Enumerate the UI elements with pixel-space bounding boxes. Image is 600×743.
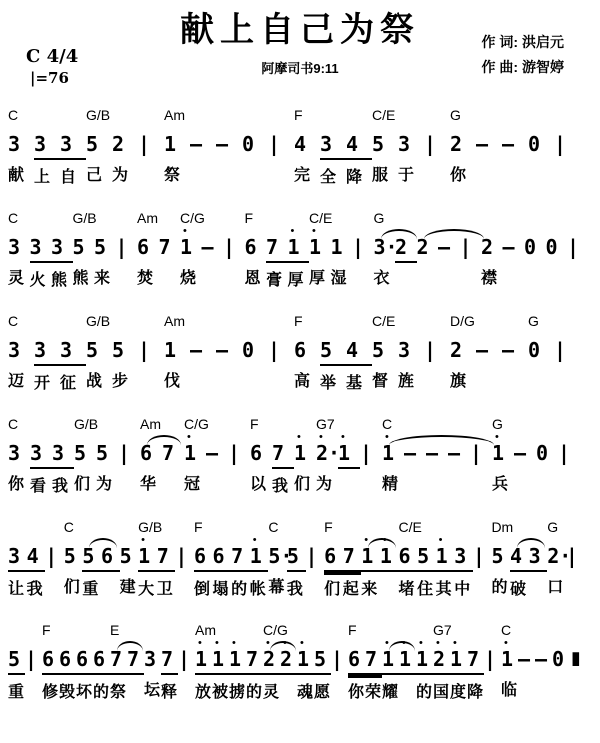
note-text: 2 bbox=[112, 132, 138, 158]
note-token: 4基 bbox=[346, 312, 372, 394]
lyric-text: 熊 bbox=[51, 271, 73, 291]
octave-dot bbox=[96, 434, 118, 441]
composer-label: 作 曲: bbox=[482, 59, 522, 75]
note-text: 2 bbox=[450, 338, 476, 364]
note-text: 1 bbox=[184, 441, 206, 467]
note-token: •1 bbox=[399, 621, 416, 703]
lyric-text bbox=[484, 681, 501, 701]
chord-label bbox=[138, 106, 164, 125]
note-token: 5重 bbox=[82, 518, 101, 600]
note-text: — bbox=[518, 647, 535, 673]
chord-label: F bbox=[194, 518, 213, 537]
barline: | bbox=[268, 338, 294, 364]
chord-label: G/B bbox=[74, 415, 96, 434]
octave-dot bbox=[194, 537, 213, 544]
octave-dot bbox=[450, 331, 476, 338]
chord-label bbox=[331, 621, 348, 640]
chord-label bbox=[502, 106, 528, 125]
note-token: 3 bbox=[529, 518, 548, 600]
chord-label bbox=[190, 106, 216, 125]
note-token: G/B•1大 bbox=[138, 518, 157, 600]
chord-label bbox=[8, 518, 27, 537]
lyric-text: 们 bbox=[324, 580, 343, 600]
chord-label bbox=[45, 518, 64, 537]
barline-token: | bbox=[566, 518, 585, 600]
note-token: 7 bbox=[162, 415, 184, 497]
note-text: 6 bbox=[59, 647, 76, 675]
octave-dot bbox=[164, 331, 190, 338]
note-token: 7降 bbox=[467, 621, 484, 703]
octave-dot bbox=[266, 228, 288, 235]
note-token: 0 bbox=[552, 621, 569, 703]
lyric-text: 们 bbox=[74, 475, 96, 495]
lyric-text: 耀 bbox=[382, 683, 399, 703]
chord-label: C bbox=[268, 518, 287, 537]
note-token: C/E•1厚 bbox=[309, 209, 331, 291]
lyric-text bbox=[25, 681, 42, 701]
barline: | bbox=[268, 132, 294, 158]
chord-label bbox=[476, 312, 502, 331]
octave-dot bbox=[438, 228, 460, 235]
octave-dot: • bbox=[450, 640, 467, 647]
lyricist-label: 作 词: bbox=[482, 34, 522, 50]
note-text: 0 bbox=[536, 441, 558, 467]
chord-label: G bbox=[547, 518, 566, 537]
lyric-text: 起 bbox=[343, 580, 362, 600]
note-text: 5 bbox=[320, 338, 346, 366]
lyric-text: 魂 bbox=[297, 683, 314, 703]
octave-dot bbox=[536, 434, 558, 441]
note-text: 7 bbox=[161, 647, 178, 675]
lyric-text bbox=[138, 372, 164, 392]
note-text: 1 bbox=[180, 235, 202, 261]
chord-label bbox=[467, 621, 484, 640]
note-text: — bbox=[476, 338, 502, 364]
note-token: 0 bbox=[524, 209, 546, 291]
octave-dot bbox=[74, 434, 96, 441]
note-token: 7 bbox=[127, 621, 144, 703]
chord-label bbox=[426, 415, 448, 434]
lyric-text bbox=[552, 681, 569, 701]
note-token: •1掳 bbox=[229, 621, 246, 703]
note-text: 3 bbox=[34, 132, 60, 160]
octave-dot bbox=[320, 331, 346, 338]
octave-dot bbox=[242, 125, 268, 132]
chord-label bbox=[112, 106, 138, 125]
octave-dot bbox=[287, 537, 306, 544]
header: 献上自己为祭 C 4/4 |=76 阿摩司书9:11 作 词: 洪启元 作 曲:… bbox=[0, 0, 600, 102]
chord-label bbox=[481, 209, 503, 228]
barline: | bbox=[567, 235, 589, 261]
lyric-text bbox=[476, 166, 502, 186]
lyric-text bbox=[426, 475, 448, 495]
lyric-text bbox=[569, 681, 586, 701]
lyric-text bbox=[448, 475, 470, 495]
lyric-text: 坏 bbox=[76, 683, 93, 703]
note-text: — bbox=[514, 441, 536, 467]
octave-dot bbox=[502, 125, 528, 132]
lyric-text: 度 bbox=[450, 683, 467, 703]
barline-token: | bbox=[554, 312, 580, 394]
chord-label bbox=[246, 621, 263, 640]
note-token: 5住 bbox=[417, 518, 436, 600]
lyric-text: 焚 bbox=[137, 269, 159, 289]
chord-label: G/B bbox=[86, 106, 112, 125]
octave-dot bbox=[467, 640, 484, 647]
note-text: 2· bbox=[316, 441, 338, 467]
lyric-text: 烧 bbox=[180, 269, 202, 289]
note-token: — bbox=[206, 415, 228, 497]
lyric-text bbox=[518, 681, 535, 701]
lyric-text: 看 bbox=[30, 477, 52, 497]
barline-token: | bbox=[424, 312, 450, 394]
note-text: 5 bbox=[96, 441, 118, 467]
chord-label bbox=[476, 106, 502, 125]
barline: | bbox=[473, 544, 492, 570]
barline-token: | bbox=[175, 518, 194, 600]
barline-token: | bbox=[45, 518, 64, 600]
note-token: E7祭 bbox=[110, 621, 127, 703]
octave-dot bbox=[242, 331, 268, 338]
note-token: Am•1放 bbox=[195, 621, 212, 703]
lyric-text: 高 bbox=[294, 372, 320, 392]
note-text: 5 bbox=[314, 647, 331, 675]
octave-dot bbox=[268, 331, 294, 338]
note-text: — bbox=[503, 235, 525, 261]
note-token: F6们 bbox=[324, 518, 343, 600]
note-token: 0 bbox=[536, 415, 558, 497]
note-text: 3 bbox=[52, 441, 74, 469]
note-token: G/B5熊 bbox=[73, 209, 95, 291]
chord-label bbox=[272, 415, 294, 434]
barline: | bbox=[352, 235, 374, 261]
note-text: 3 bbox=[398, 132, 424, 158]
octave-dot bbox=[360, 434, 382, 441]
octave-dot: • bbox=[316, 434, 338, 441]
octave-dot bbox=[294, 331, 320, 338]
note-token: F4完 bbox=[294, 106, 320, 188]
chord-label bbox=[536, 415, 558, 434]
note-text: 1 bbox=[382, 647, 399, 675]
octave-dot bbox=[518, 640, 535, 647]
octave-dot bbox=[454, 537, 473, 544]
note-token: — bbox=[426, 415, 448, 497]
octave-dot bbox=[42, 640, 59, 647]
note-text: 1 bbox=[250, 544, 269, 572]
note-text: 3 bbox=[8, 235, 30, 261]
lyric-text bbox=[159, 269, 181, 289]
note-token: •1 bbox=[338, 415, 360, 497]
note-text: 5 bbox=[8, 647, 25, 675]
octave-dot: • bbox=[501, 640, 518, 647]
note-text: 6 bbox=[137, 235, 159, 261]
note-token: 3坛 bbox=[144, 621, 161, 703]
octave-dot bbox=[398, 125, 424, 132]
octave-dot bbox=[175, 537, 194, 544]
chord-label bbox=[112, 312, 138, 331]
octave-dot bbox=[404, 434, 426, 441]
note-text: 6 bbox=[194, 544, 213, 572]
note-token: 0 bbox=[242, 106, 268, 188]
lyric-text: 帐 bbox=[250, 580, 269, 600]
chord-label bbox=[216, 312, 242, 331]
note-token: •1来 bbox=[361, 518, 380, 600]
note-token: 7的 bbox=[231, 518, 250, 600]
lyric-text bbox=[202, 269, 224, 289]
octave-dot bbox=[365, 640, 382, 647]
lyric-text: 掳 bbox=[229, 683, 246, 703]
note-token: — bbox=[438, 209, 460, 291]
note-text: 6 bbox=[76, 647, 93, 675]
note-text: — bbox=[190, 132, 216, 158]
note-token: 5为 bbox=[96, 415, 118, 497]
note-text: — bbox=[476, 132, 502, 158]
barline: | bbox=[223, 235, 245, 261]
note-text: 5· bbox=[268, 544, 287, 570]
chord-label bbox=[138, 312, 164, 331]
chord-label bbox=[314, 621, 331, 640]
music-lines: C3献3上3自G/B5己2为|Am1祭——0|F4完3全4降C/E5服3于|G2… bbox=[0, 102, 600, 703]
note-token: G•1兵 bbox=[492, 415, 514, 497]
lyric-text bbox=[331, 681, 348, 701]
lyric-text bbox=[524, 269, 546, 289]
music-line-1: C3献3上3自G/B5己2为|Am1祭——0|F4完3全4降C/E5服3于|G2… bbox=[8, 106, 600, 188]
octave-dot bbox=[450, 125, 476, 132]
note-text: 1 bbox=[164, 338, 190, 364]
lyric-text: 临 bbox=[501, 681, 518, 701]
chord-label bbox=[331, 209, 353, 228]
note-token: — bbox=[476, 106, 502, 188]
note-text: 6 bbox=[42, 647, 59, 675]
note-token: •1的 bbox=[416, 621, 433, 703]
chord-label bbox=[417, 518, 436, 537]
lyric-text: 堵 bbox=[398, 580, 417, 600]
octave-dot: • bbox=[297, 640, 314, 647]
octave-dot bbox=[76, 640, 93, 647]
note-text: 7 bbox=[272, 441, 294, 469]
octave-dot bbox=[206, 434, 228, 441]
octave-dot bbox=[473, 537, 492, 544]
chord-label bbox=[552, 621, 569, 640]
chord-label bbox=[162, 415, 184, 434]
octave-dot bbox=[8, 537, 27, 544]
octave-dot: • bbox=[294, 434, 316, 441]
note-token: F6恩 bbox=[245, 209, 267, 291]
octave-dot bbox=[346, 125, 372, 132]
octave-dot bbox=[320, 125, 346, 132]
composer-name: 游智婷 bbox=[522, 59, 564, 75]
lyric-text: 举 bbox=[320, 374, 346, 394]
octave-dot: • bbox=[416, 640, 433, 647]
note-token: F6倒 bbox=[194, 518, 213, 600]
note-token: •2 bbox=[280, 621, 297, 703]
octave-dot bbox=[116, 228, 138, 235]
lyric-text: 的 bbox=[93, 683, 110, 703]
octave-dot bbox=[547, 537, 566, 544]
note-token: •1厚 bbox=[288, 209, 310, 291]
octave-dot bbox=[120, 537, 139, 544]
lyric-text: 湿 bbox=[331, 269, 353, 289]
note-text: 5 bbox=[73, 235, 95, 261]
chord-label bbox=[518, 621, 535, 640]
barline-token: | bbox=[138, 106, 164, 188]
note-text: 4 bbox=[510, 544, 529, 572]
octave-dot bbox=[481, 228, 503, 235]
chord-label: G bbox=[528, 312, 554, 331]
lyric-text: 的 bbox=[231, 580, 250, 600]
lyric-text: 来 bbox=[361, 580, 380, 600]
lyric-text bbox=[460, 269, 482, 289]
octave-dot bbox=[112, 125, 138, 132]
note-token: 3征 bbox=[60, 312, 86, 394]
chord-label bbox=[417, 209, 439, 228]
lyric-text: 的 bbox=[491, 578, 510, 598]
note-token: C•1临 bbox=[501, 621, 518, 703]
octave-dot bbox=[178, 640, 195, 647]
note-text: 6 bbox=[250, 441, 272, 467]
note-token: 6的 bbox=[93, 621, 110, 703]
chord-label bbox=[566, 518, 585, 537]
octave-dot bbox=[352, 228, 374, 235]
note-text: 1 bbox=[450, 647, 467, 675]
octave-dot bbox=[343, 537, 362, 544]
octave-dot bbox=[60, 331, 86, 338]
octave-dot bbox=[268, 125, 294, 132]
octave-dot bbox=[250, 434, 272, 441]
note-token: •1魂 bbox=[297, 621, 314, 703]
lyric-text bbox=[101, 580, 120, 600]
note-token: 7膏 bbox=[266, 209, 288, 291]
chord-label: C/E bbox=[372, 106, 398, 125]
lyric-text: 襟 bbox=[481, 269, 503, 289]
chord-label bbox=[448, 415, 470, 434]
octave-dot bbox=[157, 537, 176, 544]
octave-dot bbox=[331, 228, 353, 235]
note-token: — bbox=[190, 312, 216, 394]
barline: | bbox=[306, 544, 325, 570]
barline: | bbox=[554, 132, 580, 158]
note-token: 3全 bbox=[320, 106, 346, 188]
note-token: C/E5服 bbox=[372, 106, 398, 188]
barline: | bbox=[116, 235, 138, 261]
lyric-text bbox=[338, 477, 360, 497]
chord-label bbox=[352, 209, 374, 228]
chord-label bbox=[190, 312, 216, 331]
lyric-text bbox=[216, 372, 242, 392]
note-token: — bbox=[502, 312, 528, 394]
note-token: •1 bbox=[380, 518, 399, 600]
barline-token: | bbox=[360, 415, 382, 497]
note-token: — bbox=[502, 106, 528, 188]
lyric-text: 步 bbox=[112, 372, 138, 392]
lyric-text: 征 bbox=[60, 374, 86, 394]
note-token: F6修 bbox=[42, 621, 59, 703]
lyric-text: 国 bbox=[433, 683, 450, 703]
lyric-text: 以 bbox=[250, 475, 272, 495]
lyric-text bbox=[395, 271, 417, 291]
lyric-text: 荣 bbox=[365, 683, 382, 703]
chord-label bbox=[558, 415, 580, 434]
note-token: G/B5战 bbox=[86, 312, 112, 394]
lyric-text: 被 bbox=[212, 683, 229, 703]
lyric-text bbox=[567, 269, 589, 289]
note-text: 5 bbox=[64, 544, 83, 570]
barline-token: | bbox=[228, 415, 250, 497]
chord-label bbox=[268, 106, 294, 125]
lyric-text: 我 bbox=[272, 477, 294, 497]
note-token: 5重 bbox=[8, 621, 25, 703]
barline-token: | bbox=[118, 415, 140, 497]
chord-label bbox=[30, 415, 52, 434]
note-text: — bbox=[190, 338, 216, 364]
note-text: 5 bbox=[287, 544, 306, 572]
note-token: — bbox=[216, 106, 242, 188]
note-token: 1湿 bbox=[331, 209, 353, 291]
note-text: 2 bbox=[263, 647, 280, 675]
note-token: 5我 bbox=[287, 518, 306, 600]
octave-dot bbox=[228, 434, 250, 441]
chord-label bbox=[460, 209, 482, 228]
note-text: 3 bbox=[8, 441, 30, 467]
lyric-text: 卫 bbox=[157, 580, 176, 600]
note-token: 2为 bbox=[112, 106, 138, 188]
note-text: 2 bbox=[450, 132, 476, 158]
chord-label bbox=[438, 209, 460, 228]
lyric-text bbox=[424, 166, 450, 186]
note-text: 1 bbox=[399, 647, 416, 675]
note-text: 7 bbox=[127, 647, 144, 675]
lyric-text bbox=[528, 372, 554, 392]
barline: | bbox=[331, 647, 348, 673]
note-token: 3开 bbox=[34, 312, 60, 394]
note-token: G0 bbox=[528, 312, 554, 394]
barline: | bbox=[484, 647, 501, 673]
chord-label bbox=[514, 415, 536, 434]
lyric-text bbox=[175, 578, 194, 598]
octave-dot bbox=[45, 537, 64, 544]
octave-dot: • bbox=[138, 537, 157, 544]
lyric-text: 释 bbox=[161, 683, 178, 703]
note-token: G/B5己 bbox=[86, 106, 112, 188]
octave-dot bbox=[324, 537, 343, 544]
lyric-text: 们 bbox=[64, 578, 83, 598]
octave-dot bbox=[484, 640, 501, 647]
chord-label bbox=[206, 415, 228, 434]
note-token: 3熊 bbox=[51, 209, 73, 291]
octave-dot bbox=[8, 228, 30, 235]
note-text: 6 bbox=[348, 647, 365, 675]
chord-label bbox=[25, 621, 42, 640]
note-token: 6毁 bbox=[59, 621, 76, 703]
note-text: 5 bbox=[74, 441, 96, 467]
barline: | bbox=[554, 338, 580, 364]
octave-dot: • bbox=[195, 640, 212, 647]
lyric-text: 降 bbox=[346, 168, 372, 188]
lyric-text: 的 bbox=[416, 683, 433, 703]
chord-label bbox=[231, 518, 250, 537]
note-text: 7 bbox=[162, 441, 184, 467]
note-text: 6 bbox=[93, 647, 110, 675]
lyric-text bbox=[190, 372, 216, 392]
barline: | bbox=[470, 441, 492, 467]
lyric-text: 幕 bbox=[268, 578, 287, 598]
chord-label: F bbox=[245, 209, 267, 228]
lyric-text bbox=[178, 681, 195, 701]
music-line-6: 5重|F6修6毁6坏6的E7祭73坛7释|Am•1放•1被•1掳7的C/G•2灵… bbox=[8, 621, 600, 703]
octave-dot bbox=[448, 434, 470, 441]
octave-dot bbox=[268, 537, 287, 544]
lyric-text: 膏 bbox=[266, 271, 288, 291]
